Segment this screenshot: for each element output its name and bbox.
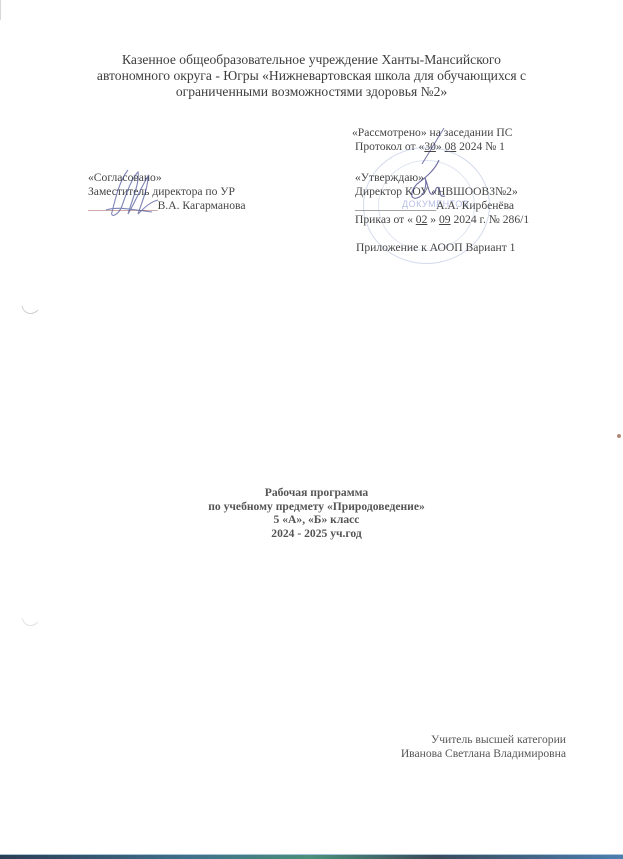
viewer-bottom-edge — [0, 855, 623, 859]
order-sep: » — [427, 213, 439, 226]
protocol-month: 08 — [445, 140, 457, 153]
approved-signature-blank: ______________ — [355, 199, 436, 212]
order-month: 09 — [439, 213, 451, 226]
scan-edge — [0, 0, 1, 20]
considered-block: «Рассмотрено» на заседании ПС Протокол о… — [352, 126, 512, 154]
teacher-name: Иванова Светлана Владимировна — [401, 747, 566, 761]
approved-signature-line: ______________А.А. Кирбенёва — [355, 199, 529, 213]
annex-note: Приложение к АООП Вариант 1 — [356, 241, 515, 255]
protocol-prefix: Протокол от « — [355, 140, 424, 153]
title-line-1: Рабочая программа — [140, 486, 493, 500]
title-line-2: по учебному предмету «Природоведение» — [140, 500, 493, 514]
order-suffix: 2024 г. № 286/1 — [451, 213, 530, 226]
program-title: Рабочая программа по учебному предмету «… — [140, 486, 493, 540]
agreed-signature-line: ____________В.А. Кагарманова — [88, 199, 245, 213]
title-line-4: 2024 - 2025 уч.год — [140, 527, 493, 541]
document-page: Казенное общеобразовательное учреждение … — [0, 0, 623, 854]
order-prefix: Приказ от « — [355, 213, 416, 226]
agreed-heading: «Согласовано» — [88, 171, 245, 185]
protocol-day: 30 — [424, 140, 436, 153]
protocol-suffix: 2024 № 1 — [456, 140, 505, 153]
approved-position: Директор КОУ «НВШООВЗ№2» — [355, 185, 529, 199]
approved-heading: «Утверждаю» — [355, 171, 529, 185]
scan-artifact-arc-2 — [20, 612, 42, 632]
approved-name: А.А. Кирбенёва — [436, 199, 514, 212]
header-line-1: Казенное общеобразовательное учреждение … — [60, 52, 563, 68]
considered-protocol: Протокол от «30» 08 2024 № 1 — [352, 140, 512, 154]
institution-header: Казенное общеобразовательное учреждение … — [60, 52, 563, 100]
approved-order: Приказ от « 02 » 09 2024 г. № 286/1 — [355, 213, 529, 227]
agreed-block: «Согласовано» Заместитель директора по У… — [88, 171, 245, 213]
agreed-signature-blank: ____________ — [88, 199, 158, 212]
scan-artifact-dot — [617, 434, 621, 438]
approved-block: «Утверждаю» Директор КОУ «НВШООВЗ№2» ___… — [355, 171, 529, 227]
scan-artifact-arc — [20, 300, 42, 320]
title-line-3: 5 «А», «Б» класс — [140, 513, 493, 527]
agreed-position: Заместитель директора по УР — [88, 185, 245, 199]
agreed-name: В.А. Кагарманова — [158, 199, 246, 212]
considered-heading: «Рассмотрено» на заседании ПС — [352, 126, 512, 140]
teacher-info: Учитель высшей категории Иванова Светлан… — [401, 733, 566, 760]
header-line-2: автономного округа - Югры «Нижневартовск… — [60, 68, 563, 84]
teacher-category: Учитель высшей категории — [401, 733, 566, 747]
header-line-3: ограниченными возможностями здоровья №2» — [60, 84, 563, 100]
order-day: 02 — [416, 213, 428, 226]
protocol-sep: » — [436, 140, 445, 153]
